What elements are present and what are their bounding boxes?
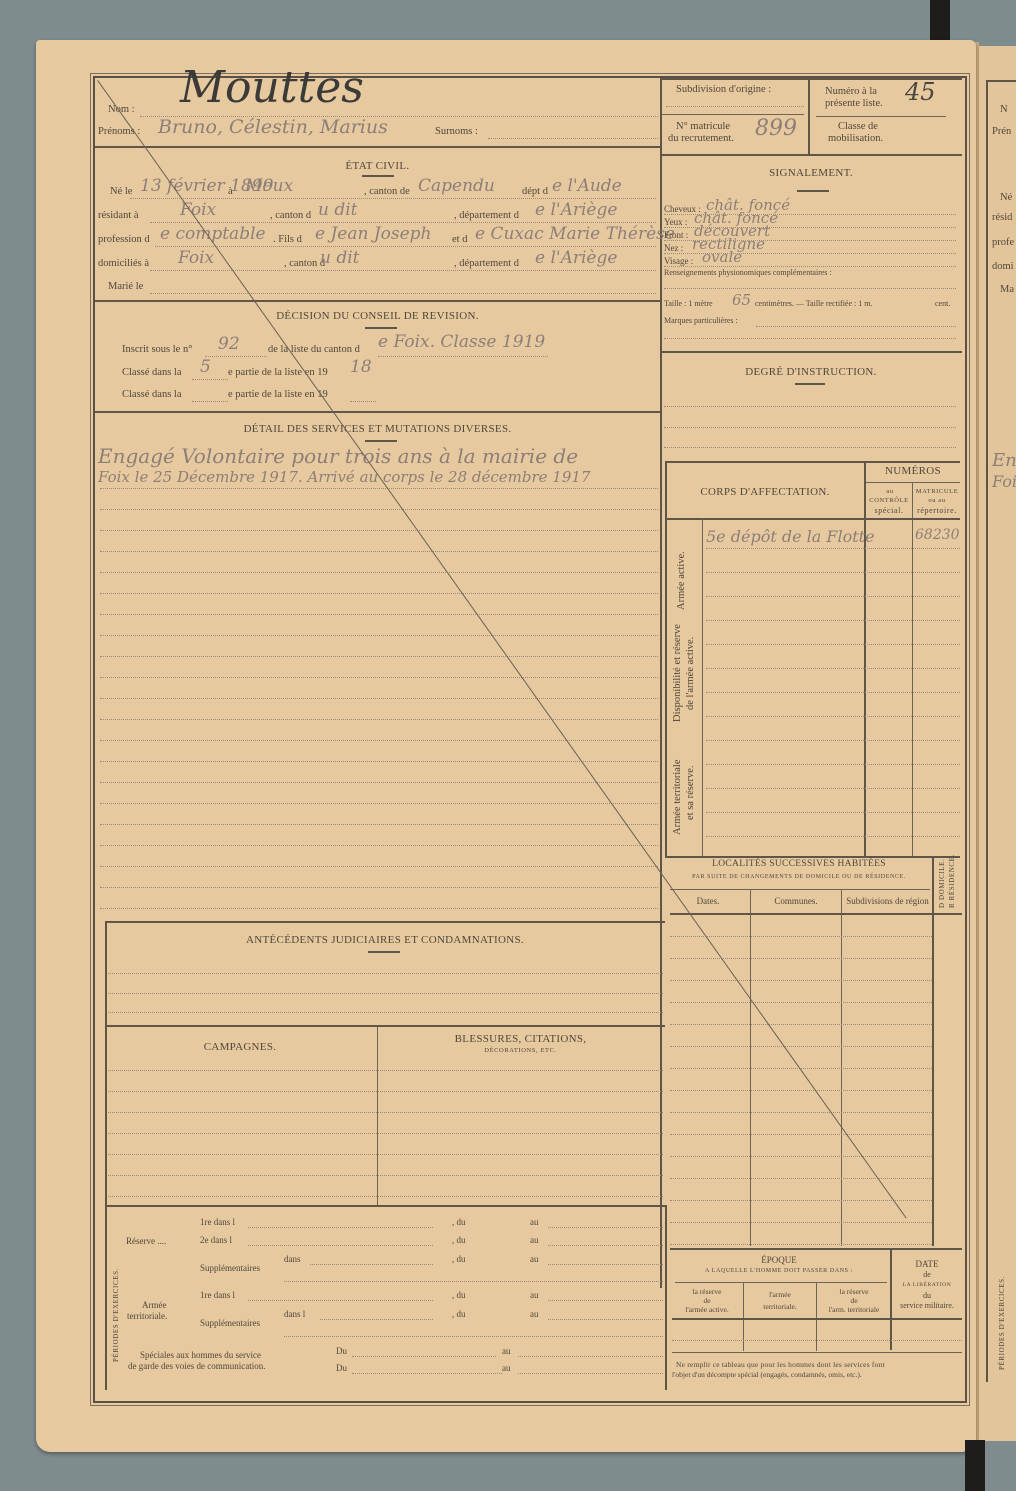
- ruled-line: [670, 1002, 932, 1003]
- residant-label: résidant à: [98, 210, 139, 221]
- ruled-line: [108, 1091, 663, 1092]
- next-page-label: domi: [992, 261, 1014, 272]
- fils-value: e Jean Joseph: [315, 224, 432, 244]
- title-rule: [365, 327, 397, 329]
- taille-rectifiee-label: centimètres. — Taille rectifiée : 1 m.: [755, 299, 872, 308]
- divider: [864, 461, 866, 856]
- form-line: [108, 1012, 663, 1013]
- visage-label: Visage :: [664, 256, 693, 266]
- ruled-line: [100, 656, 658, 657]
- etat-civil-title: ÉTAT CIVIL.: [95, 160, 660, 172]
- dans-label: dans l: [284, 1309, 305, 1319]
- next-page-label: Né: [1000, 192, 1012, 203]
- et-value: e Cuxac Marie Thérèse: [475, 224, 675, 244]
- ruled-line: [706, 740, 960, 741]
- du-label: Du: [336, 1346, 347, 1356]
- next-page-handwriting: Eng: [992, 450, 1016, 471]
- form-line: [248, 1245, 433, 1246]
- divider: [95, 300, 660, 302]
- epoque-note: l'objet d'un décompte spécial (engagés, …: [672, 1370, 862, 1379]
- dept-label: dépt d: [522, 186, 548, 197]
- ruled-line: [108, 1112, 663, 1113]
- divider: [816, 116, 946, 117]
- col-subdivisions: Subdivisions de région: [843, 896, 932, 906]
- territoriale-label: Armée territoriale: [672, 760, 683, 836]
- surnoms-line: [488, 138, 658, 139]
- canton-de-label: , canton de: [364, 186, 410, 197]
- ruled-line: [706, 692, 960, 693]
- divider: [662, 114, 804, 115]
- ruled-line: [670, 1178, 932, 1179]
- title-rule: [365, 440, 397, 442]
- epoque-col-header: de: [672, 1296, 742, 1305]
- ruled-line: [670, 1112, 932, 1113]
- title-rule: [362, 175, 394, 177]
- title-rule: [797, 190, 829, 192]
- form-line: [548, 1245, 663, 1246]
- next-page-frame: [986, 80, 1016, 1382]
- subdivision-line: [666, 106, 804, 107]
- ruled-line: [100, 866, 658, 867]
- epoque-subtitle: A LAQUELLE L'HOMME DOIT PASSER DANS :: [670, 1268, 888, 1274]
- numeros-title: NUMÉROS: [866, 465, 960, 477]
- periodes-side-label: PÉRIODES D'EXERCICES.: [112, 1268, 120, 1362]
- next-page-handwriting: Foi: [992, 472, 1016, 491]
- form-line: [664, 427, 956, 428]
- form-line: [150, 270, 656, 271]
- ruled-line: [670, 980, 932, 981]
- date-liberation-header: LA LIBÉRATION: [892, 1282, 962, 1288]
- date-liberation-header: DATE: [892, 1259, 962, 1269]
- liste-canton-label: de la liste du canton d: [268, 344, 360, 355]
- form-line: [248, 1300, 433, 1301]
- form-line: [352, 1356, 496, 1357]
- inscrit-label: Inscrit sous le n°: [122, 344, 192, 355]
- corps-entry-matricule: 68230: [915, 527, 960, 543]
- canton-du-value: u dit: [318, 200, 358, 220]
- armee-territoriale-label: territoriale.: [127, 1311, 167, 1321]
- departement-label: , département d: [454, 210, 519, 221]
- ruled-line: [108, 1154, 663, 1155]
- du-label: , du: [452, 1217, 466, 1227]
- ruled-line: [100, 824, 658, 825]
- ruled-line: [706, 596, 960, 597]
- domicile-label: D DOMICILE.: [938, 859, 946, 908]
- ruled-line: [100, 761, 658, 762]
- form-line: [248, 1227, 433, 1228]
- reserve-label: Réserve ....: [126, 1236, 166, 1246]
- ruled-line: [100, 887, 658, 888]
- ruled-line: [706, 668, 960, 669]
- armee-territoriale-label: Armée: [142, 1300, 167, 1310]
- front-label: Front :: [664, 230, 688, 240]
- taille-label: Taille : 1 mètre: [664, 299, 713, 308]
- ruled-line: [108, 1070, 663, 1071]
- ruled-line: [670, 1156, 932, 1157]
- subdivision-label: Subdivision d'origine :: [676, 84, 771, 95]
- next-page-label: Prén: [992, 126, 1011, 137]
- date-liberation-header: service militaire.: [892, 1301, 962, 1310]
- campagnes-title: CAMPAGNES.: [105, 1041, 375, 1053]
- ruled-line: [670, 1090, 932, 1091]
- departement2-value: e l'Ariège: [535, 248, 617, 268]
- form-line: [518, 1356, 663, 1357]
- divider: [660, 351, 962, 353]
- form-line: [108, 993, 663, 994]
- et-label: et d: [452, 234, 467, 245]
- epoque-note: Ne remplir ce tableau que pour les homme…: [676, 1360, 885, 1369]
- next-page-label: Ma: [1000, 284, 1014, 295]
- du-label: , du: [452, 1235, 466, 1245]
- corps-entry-value: 5e dépôt de la Flotte: [706, 527, 875, 546]
- divider: [665, 856, 960, 858]
- disponibilite-label: Disponibilité et réserve: [672, 624, 683, 722]
- numero-label: Numéro à la: [825, 86, 877, 97]
- form-line: [664, 447, 956, 448]
- divider: [105, 921, 665, 923]
- numeros-col-header: ou au: [913, 497, 961, 504]
- armee-active-label: Armée active.: [676, 551, 687, 610]
- ruled-line: [100, 698, 658, 699]
- reserve-2-label: 2e dans l: [200, 1235, 232, 1245]
- antecedents-title: ANTÉCÉDENTS JUDICIAIRES ET CONDAMNATIONS…: [105, 934, 665, 946]
- epoque-col-header: territoriale.: [745, 1302, 815, 1311]
- ruled-line: [100, 908, 658, 909]
- ruled-line: [108, 1175, 663, 1176]
- divider: [665, 518, 960, 520]
- form-line: [548, 1300, 663, 1301]
- next-page-periodes-label: PÉRIODES D'EXERCICES.: [998, 1276, 1006, 1370]
- epoque-col-header: l'arm. territoriale: [818, 1305, 890, 1314]
- ruled-line: [670, 1222, 932, 1223]
- domicilies-value: Foix: [178, 248, 214, 268]
- ruled-line: [100, 803, 658, 804]
- residence-label: R RÉSIDENCE.: [948, 854, 956, 908]
- form-line: [664, 266, 956, 267]
- divider: [105, 921, 107, 1206]
- ruled-line: [670, 936, 932, 937]
- cent-label: cent.: [935, 299, 950, 308]
- divider: [675, 1282, 887, 1283]
- form-line: [205, 356, 267, 357]
- form-line: [130, 198, 656, 199]
- ruled-line: [706, 812, 960, 813]
- ruled-line: [100, 782, 658, 783]
- form-line: [352, 1373, 502, 1374]
- ruled-line: [100, 488, 658, 489]
- du-label: , du: [452, 1254, 466, 1264]
- speciales-label: Spéciales aux hommes du service: [140, 1350, 261, 1360]
- ruled-line: [108, 1133, 663, 1134]
- ruled-line: [706, 716, 960, 717]
- divider: [95, 411, 660, 413]
- du-label: , du: [452, 1290, 466, 1300]
- au-label: au: [502, 1346, 511, 1356]
- epoque-col-header: la réserve: [672, 1287, 742, 1296]
- classe2-label: Classé dans la: [122, 389, 182, 400]
- classe-label: Classe de: [838, 121, 878, 132]
- form-line: [155, 246, 656, 247]
- divider: [665, 461, 667, 856]
- ruled-line: [100, 614, 658, 615]
- classe1-label: Classé dans la: [122, 367, 182, 378]
- numero-value: 45: [905, 78, 936, 106]
- form-line: [284, 1336, 663, 1337]
- numeros-col-header: spécial.: [866, 506, 912, 515]
- divider: [808, 78, 810, 154]
- du-label: , du: [452, 1309, 466, 1319]
- ruled-line: [706, 644, 960, 645]
- ruled-line: [706, 836, 960, 837]
- departement2-label: , département d: [454, 258, 519, 269]
- form-line: [664, 288, 956, 289]
- ruled-line: [670, 1134, 932, 1135]
- canton2-label: , canton d: [284, 258, 325, 269]
- taille-value: 65: [732, 291, 751, 309]
- ruled-line: [108, 1196, 663, 1197]
- divider: [672, 1318, 962, 1320]
- numeros-col-header: CONTRÔLE: [866, 497, 912, 504]
- col-communes: Communes.: [752, 896, 840, 906]
- signalement-title: SIGNALEMENT.: [662, 167, 960, 179]
- form-line: [350, 401, 376, 402]
- divider: [702, 518, 703, 856]
- au-label: au: [530, 1290, 539, 1300]
- form-line: [548, 1227, 663, 1228]
- dept-value: e l'Aude: [552, 176, 622, 196]
- binder-strap-bottom: [965, 1440, 985, 1491]
- form-line: [378, 356, 548, 357]
- form-line: [664, 406, 956, 407]
- marie-label: Marié le: [108, 281, 143, 292]
- ruled-line: [670, 1244, 932, 1245]
- divider: [665, 461, 960, 463]
- reserve-1-label: 1re dans l: [200, 1217, 235, 1227]
- speciales-label: de garde des voies de communication.: [128, 1361, 265, 1371]
- matricule-value: 899: [755, 116, 797, 141]
- au-label: au: [530, 1217, 539, 1227]
- prenoms-value: Bruno, Célestin, Marius: [158, 116, 388, 138]
- services-title: DÉTAIL DES SERVICES ET MUTATIONS DIVERSE…: [95, 423, 660, 435]
- numero-label: présente liste.: [825, 98, 883, 109]
- title-rule: [368, 951, 400, 953]
- blessures-title: BLESSURES, CITATIONS,: [378, 1033, 663, 1045]
- form-line: [192, 379, 228, 380]
- partie2-label: e partie de la liste en 19: [228, 389, 328, 400]
- inscrit-value: 92: [218, 334, 240, 354]
- ruled-line: [706, 788, 960, 789]
- a-label: à: [228, 186, 233, 197]
- supplementaires-label: Supplémentaires: [200, 1263, 260, 1273]
- epoque-col-header: l'armée active.: [672, 1305, 742, 1314]
- numeros-col-header: au: [872, 488, 908, 495]
- divider: [672, 1352, 962, 1353]
- ne-le-label: Né le: [110, 186, 132, 197]
- epoque-col-header: de: [818, 1296, 890, 1305]
- divider: [866, 482, 960, 483]
- divider: [670, 913, 962, 915]
- dans-label: dans: [284, 1254, 301, 1264]
- ruled-line: [100, 845, 658, 846]
- form-line: [548, 1319, 663, 1320]
- partie1-label: e partie de la liste en 19: [228, 367, 328, 378]
- canton-de-value: Capendu: [418, 176, 495, 196]
- ruled-line: [100, 719, 658, 720]
- visage-value: ovale: [702, 248, 742, 266]
- ruled-line: [100, 677, 658, 678]
- liste-canton-value: e Foix. Classe 1919: [378, 332, 545, 352]
- au-label: au: [530, 1254, 539, 1264]
- ruled-line: [100, 509, 658, 510]
- renseignements-label: Renseignements physionomiques complément…: [664, 268, 832, 277]
- form-line: [108, 973, 663, 974]
- ruled-line: [100, 530, 658, 531]
- date-liberation-header: du: [892, 1291, 962, 1300]
- divider: [912, 482, 913, 856]
- domicilies-label: domiciliés à: [98, 258, 149, 269]
- next-page-label: N: [1000, 104, 1008, 115]
- surnoms-label: Surnoms :: [435, 126, 478, 137]
- a-value: Moux: [245, 176, 293, 196]
- canton2-value: u dit: [320, 248, 360, 268]
- ruled-line: [670, 958, 932, 959]
- divider: [105, 1025, 665, 1027]
- ruled-line: [706, 764, 960, 765]
- form-line: [150, 222, 656, 223]
- form-line: [672, 1340, 962, 1341]
- services-text-line: Foix le 25 Décembre 1917. Arrivé au corp…: [98, 468, 590, 486]
- corps-title: CORPS D'AFFECTATION.: [666, 486, 864, 498]
- form-line: [320, 1319, 433, 1320]
- epoque-title: ÉPOQUE: [670, 1255, 888, 1265]
- au-label: au: [530, 1235, 539, 1245]
- localites-subtitle: PAR SUITE DE CHANGEMENTS DE DOMICILE OU …: [668, 874, 930, 880]
- divider: [105, 1205, 107, 1390]
- form-line: [284, 1281, 663, 1282]
- divider: [665, 1205, 667, 1390]
- column-divider: [660, 78, 662, 1288]
- ruled-line: [670, 1046, 932, 1047]
- epoque-col-header: la réserve: [818, 1287, 890, 1296]
- ruled-line: [706, 548, 960, 549]
- ruled-line: [100, 572, 658, 573]
- classe1-value: 5: [200, 357, 211, 377]
- profession-label: profession d: [98, 234, 150, 245]
- canton-du-label: , canton d: [270, 210, 311, 221]
- numeros-col-header: répertoire.: [913, 506, 961, 515]
- degre-title: DEGRÉ D'INSTRUCTION.: [662, 366, 960, 378]
- decision-title: DÉCISION DU CONSEIL DE REVISION.: [95, 310, 660, 322]
- territoriale-1-label: 1re dans l: [200, 1290, 235, 1300]
- form-line: [756, 326, 956, 327]
- ruled-line: [706, 620, 960, 621]
- divider: [105, 1205, 665, 1207]
- divider: [670, 1248, 962, 1250]
- form-line: [518, 1373, 663, 1374]
- localites-title: LOCALITÉS SUCCESSIVES HABITÉES: [668, 859, 930, 869]
- classe-label: mobilisation.: [828, 133, 883, 144]
- matricule-label: N° matricule: [676, 121, 730, 132]
- next-page-label: profe: [992, 237, 1014, 248]
- ruled-line: [670, 1024, 932, 1025]
- departement-value: e l'Ariège: [535, 200, 617, 220]
- divider: [670, 889, 930, 890]
- au-label: au: [502, 1363, 511, 1373]
- next-page-label: résid: [992, 212, 1012, 223]
- disponibilite-label: de l'armée active.: [685, 637, 696, 710]
- territoriale-label: et sa réserve.: [685, 765, 696, 820]
- ruled-line: [100, 593, 658, 594]
- title-rule: [795, 383, 825, 385]
- form-line: [548, 1264, 663, 1265]
- numeros-col-header: MATRICULE: [913, 488, 961, 495]
- divider: [660, 154, 962, 156]
- blessures-subtitle: DÉCORATIONS, ETC.: [378, 1047, 663, 1054]
- binder-strap: [930, 0, 950, 44]
- ruled-line: [100, 635, 658, 636]
- yeux-label: Yeux :: [664, 217, 687, 227]
- marques-label: Marques particulières :: [664, 316, 738, 325]
- nez-label: Nez :: [664, 243, 683, 253]
- matricule-label: du recrutement.: [668, 133, 734, 144]
- date-liberation-header: de: [892, 1270, 962, 1279]
- ruled-line: [100, 740, 658, 741]
- form-line: [664, 338, 956, 339]
- form-line: [310, 1264, 433, 1265]
- divider: [95, 146, 660, 148]
- form-line: [192, 401, 228, 402]
- ruled-line: [706, 572, 960, 573]
- epoque-col-header: l'armée: [745, 1290, 815, 1299]
- fils-label: . Fils d: [273, 234, 302, 245]
- services-text-line: Engagé Volontaire pour trois ans à la ma…: [98, 444, 578, 468]
- partie1-value: 18: [350, 357, 372, 377]
- form-line: [150, 293, 656, 294]
- au-label: au: [530, 1309, 539, 1319]
- ruled-line: [100, 551, 658, 552]
- nom-value: Mouttes: [180, 62, 364, 113]
- du-label: Du: [336, 1363, 347, 1373]
- supplementaires-label: Supplémentaires: [200, 1318, 260, 1328]
